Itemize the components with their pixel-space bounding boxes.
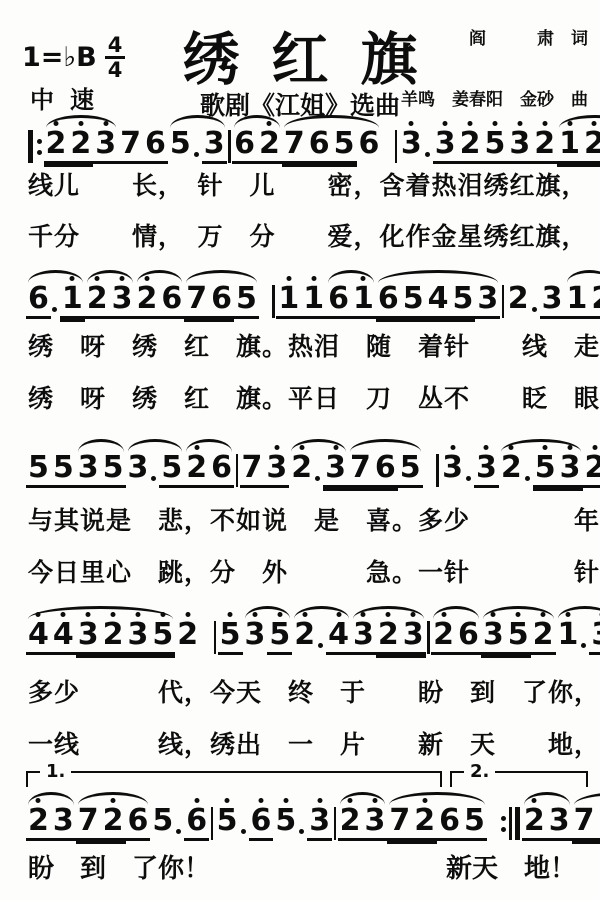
note: 7	[282, 129, 307, 164]
barline-stroke	[272, 285, 275, 318]
note: 2	[292, 620, 317, 655]
note: 6	[209, 284, 234, 319]
note: 3	[547, 806, 572, 841]
note: 3	[540, 284, 565, 319]
note: 3	[507, 129, 532, 164]
credits: 阎 肃 词 羊鸣 姜春阳 金砂 曲	[377, 24, 588, 116]
slur-group: 23	[26, 806, 76, 841]
slur-group: 765	[348, 453, 423, 488]
note: 5	[159, 453, 184, 488]
slur-group: 223	[44, 129, 119, 164]
note: 1	[557, 129, 582, 164]
note-group: 2	[583, 453, 600, 488]
music-line-4: 4432352535243232635213	[26, 603, 584, 655]
slur-group: 23	[338, 806, 388, 841]
note: 3	[76, 453, 101, 488]
second-ending-label: 2.	[464, 761, 495, 782]
note: 1	[301, 284, 326, 319]
note: 1	[351, 284, 376, 319]
music-line-1: 2237653627656332532127	[26, 112, 584, 164]
note: 5	[234, 284, 259, 319]
note: 3	[76, 620, 101, 655]
note: 4	[426, 284, 451, 319]
duration-dot	[318, 643, 323, 648]
duration-dot	[52, 307, 57, 312]
note: 5	[401, 284, 426, 319]
note: 3	[323, 453, 348, 488]
duration-dot	[176, 829, 181, 834]
lyrics-row-7: 多少 代，今天 终 于 盼 到 了你，	[28, 673, 600, 709]
note: 3	[440, 453, 465, 488]
slur-group: 35	[76, 453, 126, 488]
note: 5	[218, 620, 243, 655]
lyrics-final-right: 新天 地！	[446, 848, 576, 885]
note-group: 56	[215, 806, 274, 841]
note: 1	[60, 284, 85, 319]
lyrics-row-2: 千分 情， 万 分 爱，化作金星绣红旗，	[28, 217, 588, 253]
note: 4	[326, 620, 351, 655]
note: 2	[376, 620, 401, 655]
slur-group: 7265	[387, 806, 487, 841]
note: 3	[307, 806, 332, 841]
slur-group: 26	[184, 453, 234, 488]
note: 2	[458, 129, 483, 164]
note: 5	[150, 620, 175, 655]
note: 5	[51, 453, 76, 488]
repeat-dots	[37, 139, 42, 155]
note: 2	[338, 806, 363, 841]
note: 3	[93, 129, 118, 164]
first-ending-label: 1.	[40, 761, 71, 782]
slur-group: 23	[522, 806, 572, 841]
note: 2	[499, 453, 524, 488]
note-group: 23	[506, 284, 565, 319]
note: 3	[110, 284, 135, 319]
first-ending-bracket: 1.	[26, 771, 442, 787]
barline-begin-repeat	[26, 130, 44, 164]
barline-stroke	[236, 454, 239, 487]
note: 3	[474, 453, 499, 488]
note: 3	[558, 453, 583, 488]
note: 2	[589, 284, 600, 319]
time-signature: 4 4	[105, 34, 126, 81]
note: 2	[184, 453, 209, 488]
note: 7	[348, 453, 373, 488]
note: 2	[583, 453, 600, 488]
duration-dot	[466, 476, 471, 481]
note-group: 3	[264, 453, 289, 488]
second-ending-bracket: 2.	[450, 771, 588, 787]
note: 2	[531, 620, 556, 655]
note-group: 1	[301, 284, 326, 319]
note: 2	[175, 620, 200, 655]
sheet-music-page: 1=♭B 4 4 中速 绣红旗 歌剧《江姐》选曲 阎 肃 词 羊鸣 姜春阳 金砂…	[0, 0, 600, 900]
lyrics-row-4: 绣 呀 绣 红 旗。平日 刀 丛不 眨 眼，	[28, 379, 600, 415]
slur-group: 62	[232, 129, 282, 164]
note: 5	[168, 129, 193, 164]
note: 6	[376, 284, 401, 319]
note: 1	[556, 620, 581, 655]
note: 2	[101, 806, 126, 841]
composer-credit: 羊鸣 姜春阳 金砂 曲	[401, 90, 588, 110]
slur-group: 26	[431, 620, 481, 655]
note: 7	[387, 806, 412, 841]
slur-group: 765	[184, 284, 259, 319]
note: 2	[289, 453, 314, 488]
note-group: 76	[118, 129, 168, 164]
note: 3	[51, 806, 76, 841]
slur-group: 12	[565, 284, 600, 319]
slur-group: 23	[289, 453, 348, 488]
note: 5	[150, 806, 175, 841]
time-signature-numerator: 4	[105, 34, 126, 56]
slur-group: 53	[168, 129, 227, 164]
note: 3	[202, 129, 227, 164]
barline-stroke	[228, 130, 231, 163]
note: 6	[232, 129, 257, 164]
lyrics-row-5: 与其说是 悲，不如说 是 喜。多少 年呐，	[28, 501, 600, 537]
note: 7	[118, 129, 143, 164]
slur-group: 352	[481, 620, 556, 655]
barline-stroke	[436, 454, 439, 487]
note-group: 55	[26, 453, 76, 488]
note-group: 53	[273, 806, 332, 841]
lyrics-row-8: 一线 线，绣出 一 片 新 天 地，	[28, 725, 600, 761]
slur-group: 35	[243, 620, 293, 655]
note-group: 5	[218, 620, 243, 655]
note: 5	[533, 453, 558, 488]
duration-dot	[315, 476, 320, 481]
note-group: 2	[175, 620, 200, 655]
note: 5	[273, 806, 298, 841]
note: 6	[456, 620, 481, 655]
note: 6	[26, 284, 51, 319]
note: 3	[126, 453, 151, 488]
note: 3	[475, 284, 500, 319]
note: 5	[398, 453, 423, 488]
note: 4	[26, 620, 51, 655]
note-group: 33	[399, 129, 458, 164]
lyrics-row-3: 绣 呀 绣 红 旗。热泪 随 着针 线 走，	[28, 327, 600, 363]
slur-group: 23	[85, 284, 135, 319]
note: 2	[412, 806, 437, 841]
note: 7	[184, 284, 209, 319]
duration-dot	[532, 307, 537, 312]
note: 3	[351, 620, 376, 655]
note: 5	[267, 620, 292, 655]
barline-stroke	[515, 807, 521, 840]
slur-group: 26	[135, 284, 185, 319]
duration-dot	[241, 829, 246, 834]
duration-dot	[525, 476, 530, 481]
note: 6	[209, 453, 234, 488]
slur-group: 61	[26, 284, 85, 319]
note: 5	[215, 806, 240, 841]
duration-dot	[194, 152, 199, 157]
note: 5	[101, 453, 126, 488]
note: 2	[582, 129, 600, 164]
slur-group: 7265	[572, 806, 600, 841]
note: 6	[437, 806, 462, 841]
note-group: 25	[458, 129, 508, 164]
note: 2	[68, 129, 93, 164]
lyrics-row-6: 今日里心 跳，分 外 急。一针 针呐，	[28, 553, 600, 589]
note: 2	[26, 806, 51, 841]
note: 6	[307, 129, 332, 164]
note: 2	[85, 284, 110, 319]
lyrics-row-1: 线儿 长， 针 儿 密，含着热泪绣红旗，	[28, 166, 588, 202]
note: 3	[243, 620, 268, 655]
note: 5	[332, 129, 357, 164]
lyrics-final-row: 盼 到 了你！ 新天 地！	[28, 848, 576, 885]
barline-stroke	[214, 621, 217, 654]
note: 2	[506, 284, 531, 319]
slur-group: 13	[556, 620, 600, 655]
slur-group: 127	[557, 129, 600, 164]
music-line-2: 61232676511616545323126543	[26, 267, 584, 319]
note: 6	[126, 806, 151, 841]
note: 7	[76, 806, 101, 841]
note: 3	[481, 620, 506, 655]
barline-stroke	[395, 130, 398, 163]
note: 6	[373, 453, 398, 488]
note: 3	[589, 620, 600, 655]
note: 6	[326, 284, 351, 319]
note: 2	[257, 129, 282, 164]
note-group: 32	[507, 129, 557, 164]
time-signature-denominator: 4	[105, 56, 126, 81]
slur-group: 65453	[376, 284, 500, 319]
note: 6	[184, 806, 209, 841]
note: 5	[462, 806, 487, 841]
duration-dot	[299, 829, 304, 834]
note-group: 33	[440, 453, 499, 488]
note: 5	[483, 129, 508, 164]
key-signature-text: 1=♭B	[22, 42, 97, 73]
duration-dot	[425, 152, 430, 157]
slur-group: 24	[292, 620, 351, 655]
note: 6	[143, 129, 168, 164]
barline-stroke	[502, 285, 505, 318]
duration-dot	[151, 476, 156, 481]
tempo-marking: 中速	[30, 80, 110, 115]
lyricist-credit: 阎 肃 词	[469, 29, 588, 49]
note: 1	[276, 284, 301, 319]
note: 6	[249, 806, 274, 841]
note: 5	[506, 620, 531, 655]
music-line-5: 23726565653237265237265	[26, 789, 584, 841]
slur-group: 726	[76, 806, 151, 841]
note: 2	[532, 129, 557, 164]
duration-dot	[581, 643, 586, 648]
barline-stroke	[334, 807, 337, 840]
note: 6	[159, 284, 184, 319]
note: 3	[363, 806, 388, 841]
note-group: 1	[276, 284, 301, 319]
barline-end-repeat	[499, 807, 522, 841]
note: 2	[522, 806, 547, 841]
note: 3	[264, 453, 289, 488]
slur-group: 61	[326, 284, 376, 319]
repeat-dots	[501, 816, 506, 832]
note: 2	[44, 129, 69, 164]
slur-group: 323	[351, 620, 426, 655]
note: 7	[240, 453, 265, 488]
note: 3	[401, 620, 426, 655]
barline-stroke	[211, 807, 214, 840]
slur-group: 253	[499, 453, 583, 488]
music-line-3: 55353526732376533253216	[26, 436, 584, 488]
slur-group: 35	[126, 453, 185, 488]
slur-group: 7656	[282, 129, 382, 164]
note: 1	[565, 284, 590, 319]
note: 5	[451, 284, 476, 319]
note: 5	[26, 453, 51, 488]
note: 6	[357, 129, 382, 164]
barline-stroke	[427, 621, 430, 654]
note-group: 56	[150, 806, 209, 841]
note: 2	[431, 620, 456, 655]
barline-stroke	[509, 807, 512, 840]
note: 2	[597, 806, 600, 841]
note: 4	[51, 620, 76, 655]
note: 3	[126, 620, 151, 655]
note-group: 7	[240, 453, 265, 488]
barline-stroke	[28, 130, 34, 163]
slur-group: 443235	[26, 620, 175, 655]
key-signature: 1=♭B 4 4	[22, 34, 125, 81]
note: 3	[399, 129, 424, 164]
note: 2	[135, 284, 160, 319]
note: 7	[572, 806, 597, 841]
note: 3	[433, 129, 458, 164]
note: 2	[101, 620, 126, 655]
lyrics-final-left: 盼 到 了你！	[28, 848, 210, 885]
